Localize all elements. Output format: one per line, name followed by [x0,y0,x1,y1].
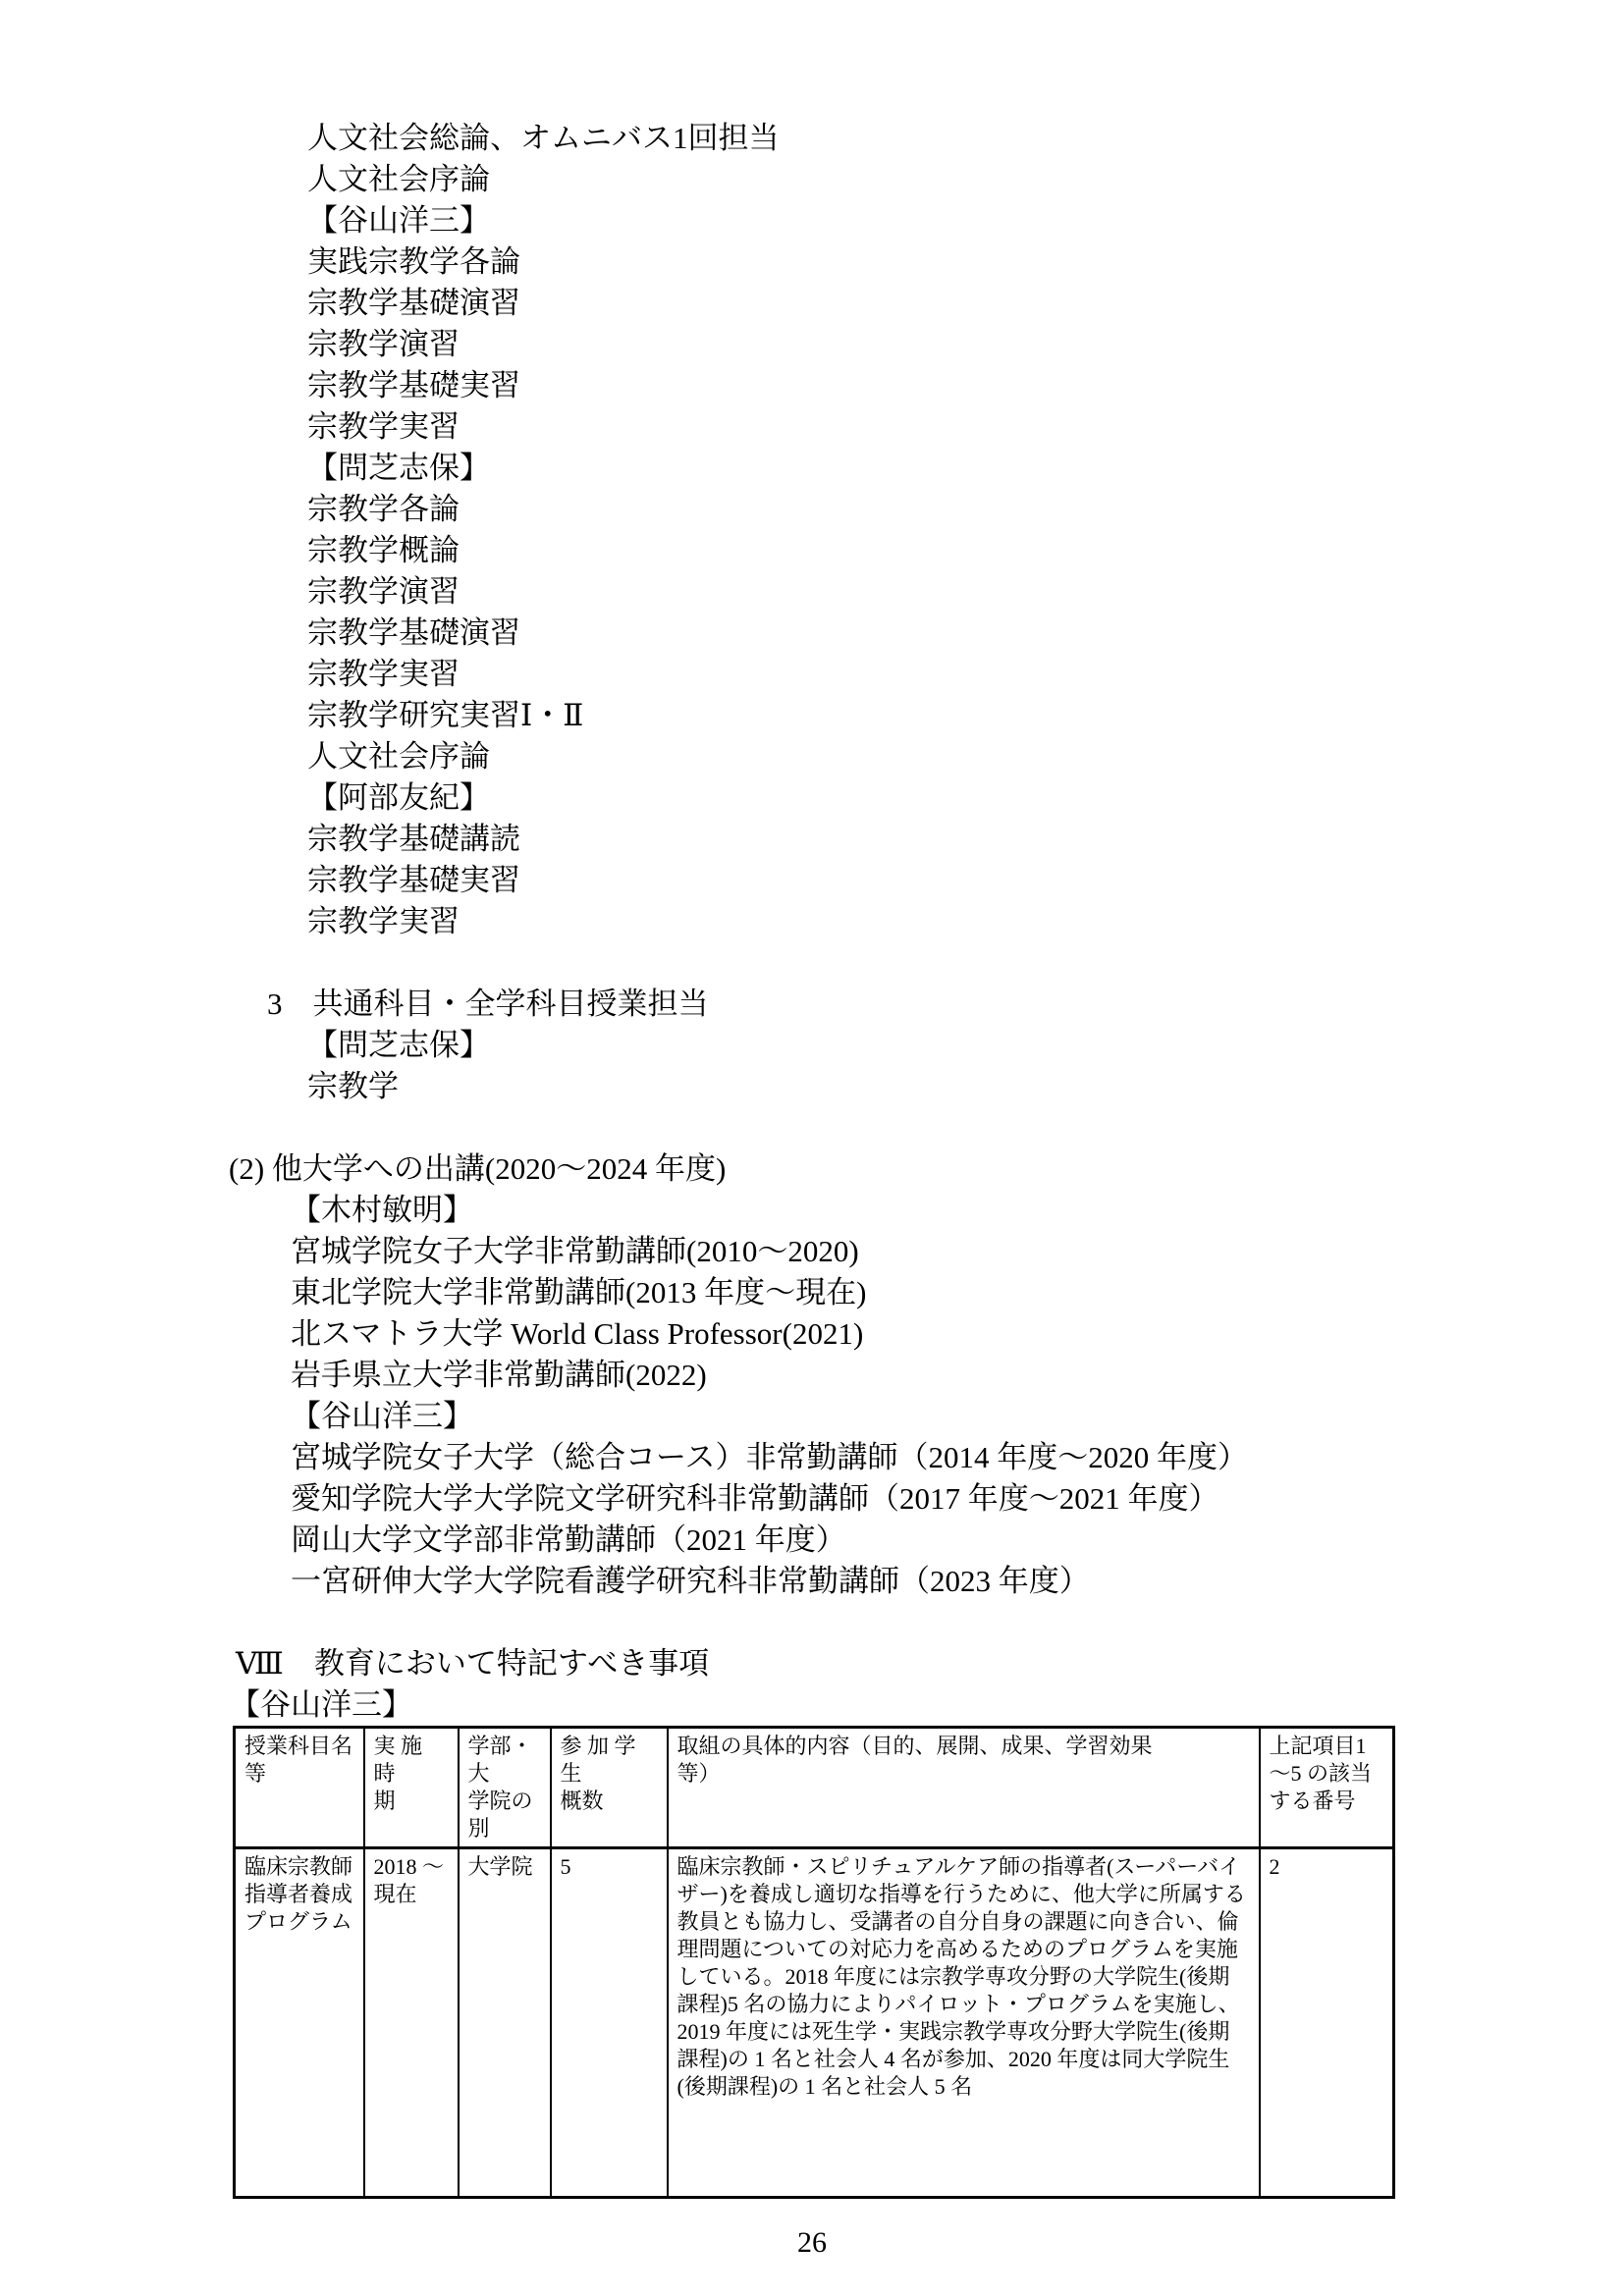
lecturer-name-line: 【谷山洋三】 [230,1684,1624,1726]
cell-faculty-grad: 大学院 [459,1848,551,2198]
header-faculty-grad: 学部・大 学院の別 [459,1728,551,1848]
education-activities-table: 授業科目名 等 実 施 時 期 学部・大 学院の別 参 加 学 生 概数 取組の… [233,1726,1395,2199]
lecturer-name-line: 【木村敏明】 [291,1190,1624,1231]
course-title-line: 宗教学基礎演習 [307,613,1624,654]
cell-period: 2018 〜 現在 [364,1848,459,2198]
course-title-line: 宗教学実習 [307,901,1624,942]
header-relevant-number: 上記項目1 〜5 の該当 する番号 [1260,1728,1394,1848]
course-title-line: 宗教学 [307,1066,1624,1107]
course-title-line: 宗教学概論 [307,530,1624,571]
course-title-line: 人文社会序論 [307,159,1624,200]
common-subjects-heading: 3 共通科目・全学科目授業担当 [267,984,1624,1025]
external-lecture-line: 岡山大学文学部非常勤講師（2021 年度） [291,1520,1624,1561]
cell-course-name: 臨床宗教師 指導者養成 プログラム [235,1848,364,2198]
course-title-line: 宗教学演習 [307,324,1624,365]
course-title-line: 宗教学研究実習Ⅰ・Ⅱ [307,695,1624,736]
lecturer-name-line: 【問芝志保】 [307,448,1624,489]
lecturer-name-line: 【阿部友紀】 [307,777,1624,819]
page-content: 人文社会総論、オムニバス1回担当 人文社会序論 【谷山洋三】 実践宗教学各論 宗… [0,0,1624,2264]
header-course-name: 授業科目名 等 [235,1728,364,1848]
external-lecture-line: 東北学院大学非常勤講師(2013 年度〜現在) [291,1272,1624,1313]
other-university-heading: (2) 他大学への出講(2020〜2024 年度) [229,1148,1624,1190]
external-lecture-line: 岩手県立大学非常勤講師(2022) [291,1355,1624,1396]
course-title-line: 宗教学実習 [307,406,1624,448]
course-title-line: 宗教学各論 [307,489,1624,530]
header-period: 実 施 時 期 [364,1728,459,1848]
external-lecture-line: 宮城学院女子大学非常勤講師(2010〜2020) [291,1231,1624,1272]
blank-line [0,942,1624,984]
blank-line [0,1107,1624,1148]
course-title-line: 宗教学基礎講読 [307,819,1624,860]
course-title-line: 実践宗教学各論 [307,241,1624,283]
course-title-line: 宗教学基礎実習 [307,860,1624,901]
course-title-line: 人文社会総論、オムニバス1回担当 [307,118,1624,159]
header-student-count: 参 加 学 生 概数 [551,1728,668,1848]
blank-line [0,1602,1624,1643]
table-header-row: 授業科目名 等 実 施 時 期 学部・大 学院の別 参 加 学 生 概数 取組の… [235,1728,1394,1848]
external-lecture-line: 一宮研伸大学大学院看護学研究科非常勤講師（2023 年度） [291,1561,1624,1602]
document-page: 人文社会総論、オムニバス1回担当 人文社会序論 【谷山洋三】 実践宗教学各論 宗… [0,0,1624,2296]
course-title-line: 人文社会序論 [307,736,1624,777]
table-row: 臨床宗教師 指導者養成 プログラム 2018 〜 現在 大学院 5 臨床宗教師・… [235,1848,1394,2198]
external-lecture-line: 愛知学院大学大学院文学研究科非常勤講師（2017 年度〜2021 年度） [291,1478,1624,1520]
lecturer-name-line: 【谷山洋三】 [307,200,1624,241]
section-viii-heading: Ⅷ 教育において特記すべき事項 [236,1643,1624,1684]
course-title-line: 宗教学演習 [307,571,1624,613]
lecturer-name-line: 【問芝志保】 [307,1025,1624,1066]
cell-relevant-number: 2 [1260,1848,1394,2198]
external-lecture-line: 宮城学院女子大学（総合コース）非常勤講師（2014 年度〜2020 年度） [291,1437,1624,1478]
lecturer-name-line: 【谷山洋三】 [291,1396,1624,1437]
header-description: 取組の具体的内容（目的、展開、成果、学習効果 等） [668,1728,1260,1848]
course-title-line: 宗教学基礎実習 [307,365,1624,406]
cell-student-count: 5 [551,1848,668,2198]
page-number: 26 [0,2222,1624,2264]
course-title-line: 宗教学実習 [307,654,1624,695]
external-lecture-line: 北スマトラ大学 World Class Professor(2021) [291,1313,1624,1355]
course-title-line: 宗教学基礎演習 [307,283,1624,324]
cell-description: 臨床宗教師・スピリチュアルケア師の指導者(スーパーバイザー)を養成し適切な指導を… [668,1848,1260,2198]
